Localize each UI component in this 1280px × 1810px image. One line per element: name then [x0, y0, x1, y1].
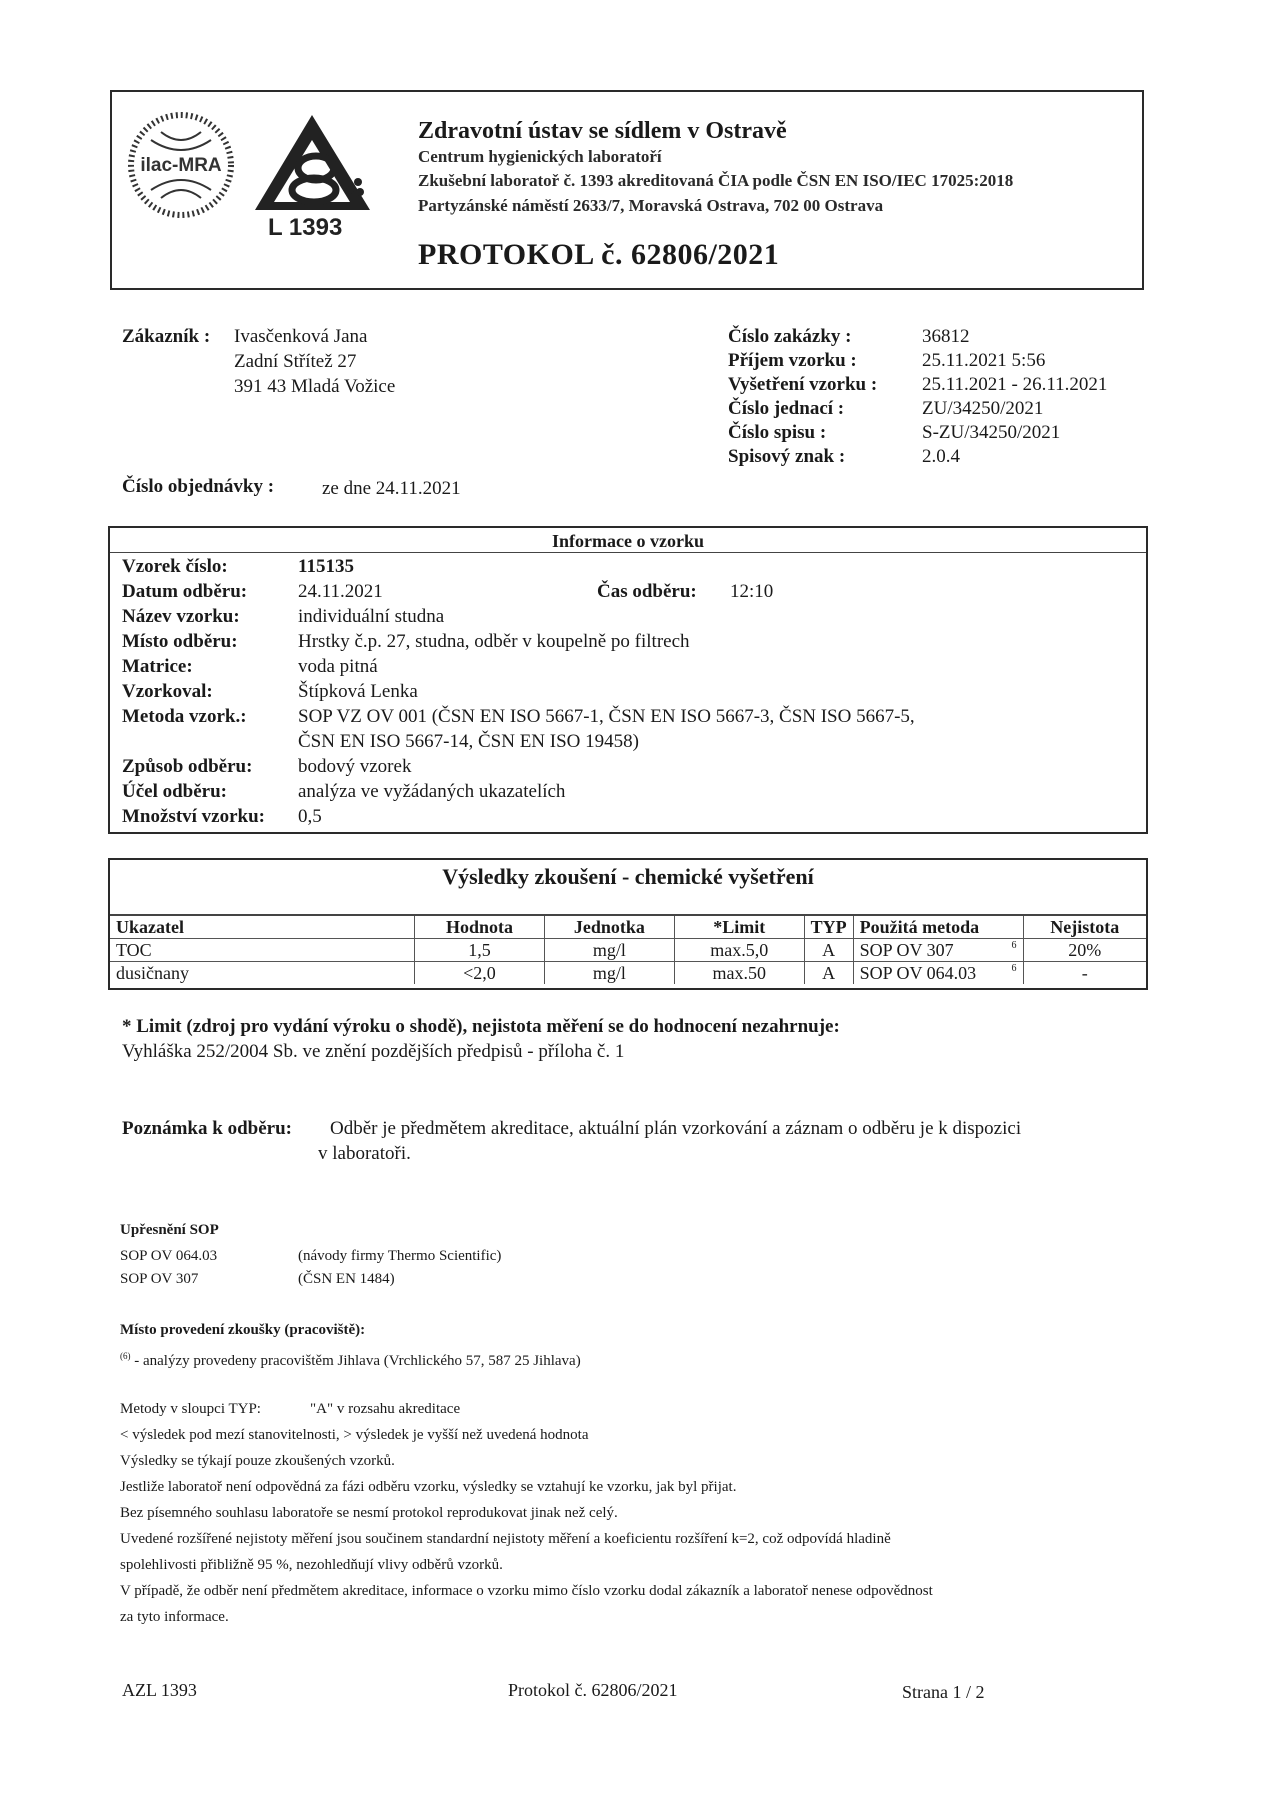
note-line: spolehlivosti přibližně 95 %, nezohledňu… [120, 1554, 503, 1576]
results-table: Ukazatel Hodnota Jednotka *Limit TYP Pou… [110, 914, 1146, 984]
site-marker: 6 [1012, 958, 1017, 980]
organization-department: Centrum hygienických laboratoří [418, 147, 662, 167]
sop-code: SOP OV 064.03 [120, 1245, 217, 1267]
sample-info-title: Informace o vzorku [110, 528, 1146, 553]
sample-time-label: Čas odběru: [597, 579, 717, 604]
column-header: Nejistota [1023, 915, 1146, 939]
order-info-value: 36812 [922, 326, 970, 348]
organization-accreditation: Zkušební laboratoř č. 1393 akreditovaná … [418, 171, 1013, 191]
order-number-label: Číslo objednávky : [122, 476, 274, 498]
results-header-row: Ukazatel Hodnota Jednotka *Limit TYP Pou… [110, 915, 1146, 939]
test-site-heading: Místo provedení zkoušky (pracoviště): [120, 1322, 365, 1339]
sample-time-value: 12:10 [730, 579, 773, 604]
unit-cell: mg/l [544, 939, 674, 962]
sample-place-value: Hrstky č.p. 27, studna, odběr v koupelně… [298, 629, 690, 654]
order-info-label: Číslo spisu : [728, 422, 826, 444]
uncertainty-cell: 20% [1023, 939, 1146, 962]
customer-city: 391 43 Mladá Vožice [234, 376, 395, 398]
footer-lab-code: AZL 1393 [122, 1680, 197, 1701]
uncertainty-cell: - [1023, 962, 1146, 985]
method-cell: SOP OV 064.036 [853, 962, 1023, 985]
test-site-text: - analýzy provedeny pracovištěm Jihlava … [134, 1353, 580, 1369]
note-line: Uvedené rozšířené nejistoty měření jsou … [120, 1528, 891, 1550]
note-line: < výsledek pod mezí stanovitelnosti, > v… [120, 1424, 589, 1446]
note-line: Bez písemného souhlasu laboratoře se nes… [120, 1502, 618, 1524]
indicator-cell: TOC [110, 939, 415, 962]
sample-matrix-label: Matrice: [122, 654, 292, 679]
sample-amount-label: Množství vzorku: [122, 804, 292, 829]
footer-page-number: Strana 1 / 2 [902, 1682, 985, 1703]
order-info-label: Vyšetření vzorku : [728, 374, 877, 396]
limit-note-text: Vyhláška 252/2004 Sb. ve znění pozdějšíc… [122, 1041, 624, 1063]
column-header: *Limit [674, 915, 804, 939]
sampling-note-text: Odběr je předmětem akreditace, aktuální … [330, 1118, 1021, 1140]
sample-method-label: Metoda vzork.: [122, 704, 292, 729]
test-site-line: (6) - analýzy provedeny pracovištěm Jihl… [120, 1345, 581, 1372]
footer-protocol-number: Protokol č. 62806/2021 [508, 1680, 678, 1701]
sample-number-label: Vzorek číslo: [122, 554, 292, 579]
sample-date-label: Datum odběru: [122, 579, 292, 604]
organization-address: Partyzánské náměstí 2633/7, Moravská Ost… [418, 196, 883, 216]
sample-mode-value: bodový vzorek [298, 754, 411, 779]
sample-name-value: individuální studna [298, 604, 444, 629]
order-info-label: Spisový znak : [728, 446, 845, 468]
sample-info-box: Informace o vzorku Vzorek číslo: 115135 … [108, 526, 1148, 834]
sample-name-label: Název vzorku: [122, 604, 292, 629]
order-info-label: Příjem vzorku : [728, 350, 857, 372]
sample-amount-value: 0,5 [298, 804, 322, 829]
customer-name: Ivasčenková Jana [234, 326, 367, 348]
order-number-value: ze dne 24.11.2021 [322, 478, 461, 500]
table-row: dusičnany <2,0 mg/l max.50 A SOP OV 064.… [110, 962, 1146, 985]
sample-purpose-value: analýza ve vyžádaných ukazatelích [298, 779, 565, 804]
order-info-value: ZU/34250/2021 [922, 398, 1043, 420]
table-row: TOC 1,5 mg/l max.5,0 A SOP OV 3076 20% [110, 939, 1146, 962]
sampling-note-text-cont: v laboratoři. [318, 1143, 411, 1165]
unit-cell: mg/l [544, 962, 674, 985]
order-info-value: S-ZU/34250/2021 [922, 422, 1060, 444]
indicator-cell: dusičnany [110, 962, 415, 985]
sample-place-label: Místo odběru: [122, 629, 292, 654]
results-box: Výsledky zkoušení - chemické vyšetření U… [108, 858, 1148, 990]
column-header: Ukazatel [110, 915, 415, 939]
sop-description: (ČSN EN 1484) [298, 1268, 395, 1290]
note-line: za tyto informace. [120, 1606, 229, 1628]
sample-sampler-label: Vzorkoval: [122, 679, 292, 704]
organization-name: Zdravotní ústav se sídlem v Ostravě [418, 118, 787, 145]
protocol-title: PROTOKOL č. 62806/2021 [418, 238, 779, 272]
customer-label: Zákazník : [122, 326, 210, 348]
order-info-value: 25.11.2021 - 26.11.2021 [922, 374, 1107, 396]
typ-note-value: "A" v rozsahu akreditace [310, 1398, 460, 1420]
value-cell: <2,0 [415, 962, 545, 985]
type-cell: A [804, 939, 853, 962]
sop-description: (návody firmy Thermo Scientific) [298, 1245, 501, 1267]
value-cell: 1,5 [415, 939, 545, 962]
test-site-marker: (6) [120, 1351, 131, 1361]
column-header: Jednotka [544, 915, 674, 939]
site-marker: 6 [1012, 935, 1017, 957]
method-name: SOP OV 064.03 [860, 963, 977, 983]
sample-purpose-label: Účel odběru: [122, 779, 292, 804]
column-header: Použitá metoda [853, 915, 1023, 939]
note-line: Jestliže laboratoř není odpovědná za fáz… [120, 1476, 736, 1498]
limit-cell: max.50 [674, 962, 804, 985]
note-line: V případě, že odběr není předmětem akred… [120, 1580, 933, 1602]
limit-note-heading: * Limit (zdroj pro vydání výroku o shodě… [122, 1016, 840, 1038]
sop-code: SOP OV 307 [120, 1268, 198, 1290]
typ-note-label: Metody v sloupci TYP: [120, 1398, 261, 1420]
column-header: TYP [804, 915, 853, 939]
method-cell: SOP OV 3076 [853, 939, 1023, 962]
order-info-label: Číslo zakázky : [728, 326, 852, 348]
limit-cell: max.5,0 [674, 939, 804, 962]
note-line: Výsledky se týkají pouze zkoušených vzor… [120, 1450, 395, 1472]
column-header: Hodnota [415, 915, 545, 939]
type-cell: A [804, 962, 853, 985]
results-title: Výsledky zkoušení - chemické vyšetření [110, 864, 1146, 890]
accreditation-code: L 1393 [268, 214, 342, 242]
sample-date-value: 24.11.2021 [298, 579, 383, 604]
sample-sampler-value: Štípková Lenka [298, 679, 418, 704]
sample-matrix-value: voda pitná [298, 654, 378, 679]
method-name: SOP OV 307 [860, 940, 954, 960]
ilac-mra-logo-icon: ilac-MRA [126, 110, 236, 220]
sampling-note-label: Poznámka k odběru: [122, 1118, 292, 1140]
sample-mode-label: Způsob odběru: [122, 754, 292, 779]
sample-method-value-cont: ČSN EN ISO 5667-14, ČSN EN ISO 19458) [298, 729, 639, 754]
order-info-value: 25.11.2021 5:56 [922, 350, 1045, 372]
order-info-value: 2.0.4 [922, 446, 960, 468]
sample-number-value: 115135 [298, 554, 354, 579]
order-info-label: Číslo jednací : [728, 398, 844, 420]
svg-text:ilac-MRA: ilac-MRA [140, 155, 222, 176]
sample-method-value: SOP VZ OV 001 (ČSN EN ISO 5667-1, ČSN EN… [298, 704, 915, 729]
customer-street: Zadní Střítež 27 [234, 351, 356, 373]
sop-details-heading: Upřesnění SOP [120, 1222, 219, 1239]
